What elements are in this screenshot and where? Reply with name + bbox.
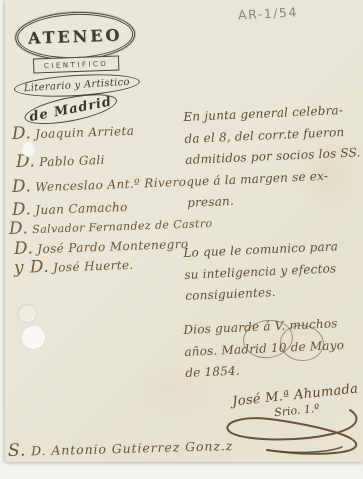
seal-line3: Literario y Artistico bbox=[24, 77, 130, 94]
seal-cartouche: ATENEO bbox=[14, 10, 136, 62]
emboss-mark bbox=[20, 324, 46, 350]
member-row: y D.José Huerte. bbox=[14, 254, 134, 278]
punch-hole bbox=[22, 141, 35, 157]
member-name: José Pardo Montenegro bbox=[37, 237, 189, 256]
signature-rubric-flourish bbox=[222, 400, 363, 460]
member-prefix: D. bbox=[14, 238, 34, 259]
member-prefix: D. bbox=[12, 199, 32, 220]
member-name: José Huerte. bbox=[53, 258, 134, 275]
scanned-letter: ATENEO CIENTIFICO Literario y Artistico … bbox=[0, 0, 363, 479]
member-name: Joaquin Arrieta bbox=[35, 124, 134, 141]
seal-banner: CIENTIFICO bbox=[33, 56, 119, 74]
member-name: Pablo Gali bbox=[39, 153, 105, 169]
member-prefix: y D. bbox=[14, 257, 50, 278]
body-paragraph-admission: En junta general celebra- da el 8, del c… bbox=[183, 99, 363, 214]
body-paragraph-notice: Lo que le comunico para su inteligencia … bbox=[183, 235, 363, 307]
member-name: Wenceslao Ant.º Rivero bbox=[35, 175, 187, 194]
seal-title: ATENEO bbox=[28, 25, 123, 47]
ateneo-seal: ATENEO CIENTIFICO Literario y Artistico … bbox=[10, 10, 141, 110]
member-prefix: D. bbox=[12, 176, 32, 197]
member-prefix: D. bbox=[9, 218, 29, 239]
emboss-mark bbox=[17, 304, 37, 323]
addressee-name: D. Antonio Gutierrez Gonz.z bbox=[31, 438, 233, 458]
seal-subtitle: CIENTIFICO bbox=[44, 59, 109, 69]
archive-reference: AR-1/54 bbox=[238, 4, 299, 22]
addressee-prefix: S. bbox=[8, 440, 27, 460]
